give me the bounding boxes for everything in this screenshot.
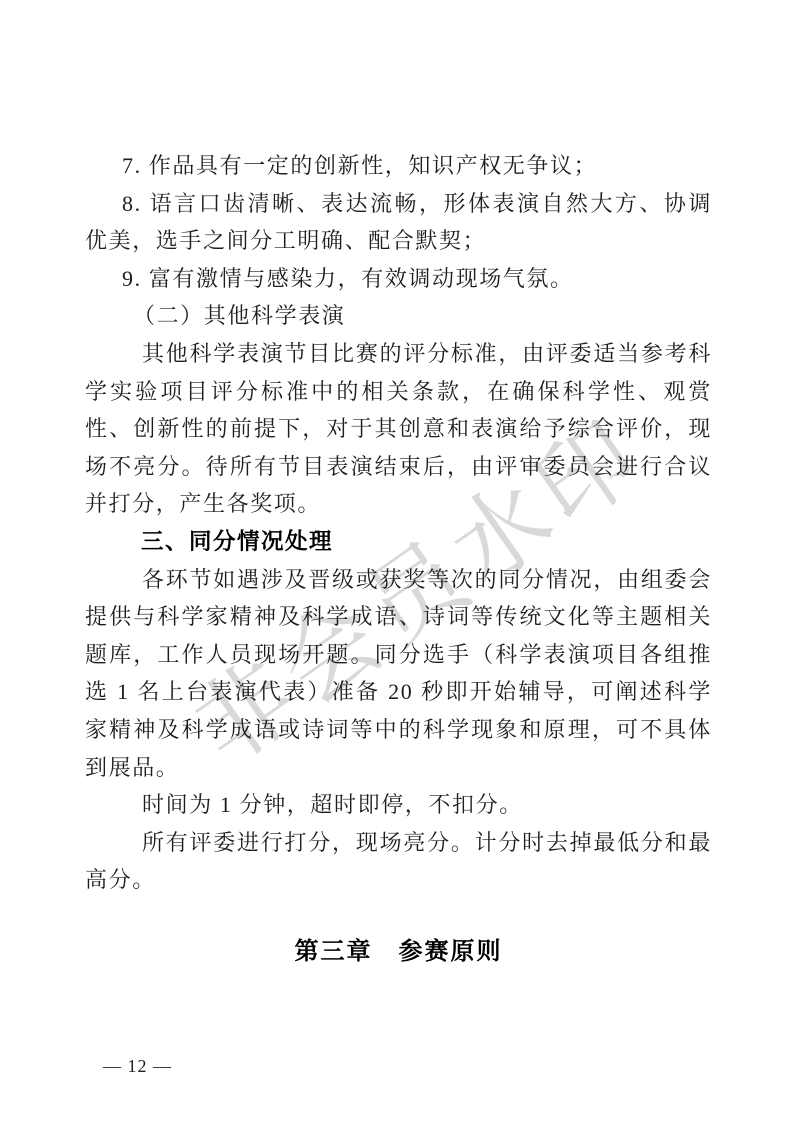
- paragraph-tie-procedure: 各环节如遇涉及晋级或获奖等次的同分情况，由组委会提供与科学家精神及科学成语、诗词…: [85, 561, 712, 787]
- page-number: — 12 —: [103, 1056, 172, 1077]
- sub-heading-other-science-performance: （二）其他科学表演: [85, 297, 712, 335]
- paragraph-judging-score: 所有评委进行打分，现场亮分。计分时去掉最低分和最高分。: [85, 824, 712, 899]
- paragraph-scoring-standard: 其他科学表演节目比赛的评分标准，由评委适当参考科学实验项目评分标准中的相关条款，…: [85, 335, 712, 523]
- numbered-item-9: 9. 富有激情与感染力，有效调动现场气氛。: [85, 260, 712, 298]
- document-body: 7. 作品具有一定的创新性，知识产权无争议； 8. 语言口齿清晰、表达流畅，形体…: [85, 147, 712, 970]
- section-heading-tie-handling: 三、同分情况处理: [85, 523, 712, 561]
- chapter-heading: 第三章 参赛原则: [85, 933, 712, 971]
- numbered-item-8: 8. 语言口齿清晰、表达流畅，形体表演自然大方、协调优美，选手之间分工明确、配合…: [85, 185, 712, 260]
- paragraph-time-limit: 时间为 1 分钟，超时即停，不扣分。: [85, 786, 712, 824]
- document-page: 非会员水印 7. 作品具有一定的创新性，知识产权无争议； 8. 语言口齿清晰、表…: [0, 0, 794, 1122]
- numbered-item-7: 7. 作品具有一定的创新性，知识产权无争议；: [85, 147, 712, 185]
